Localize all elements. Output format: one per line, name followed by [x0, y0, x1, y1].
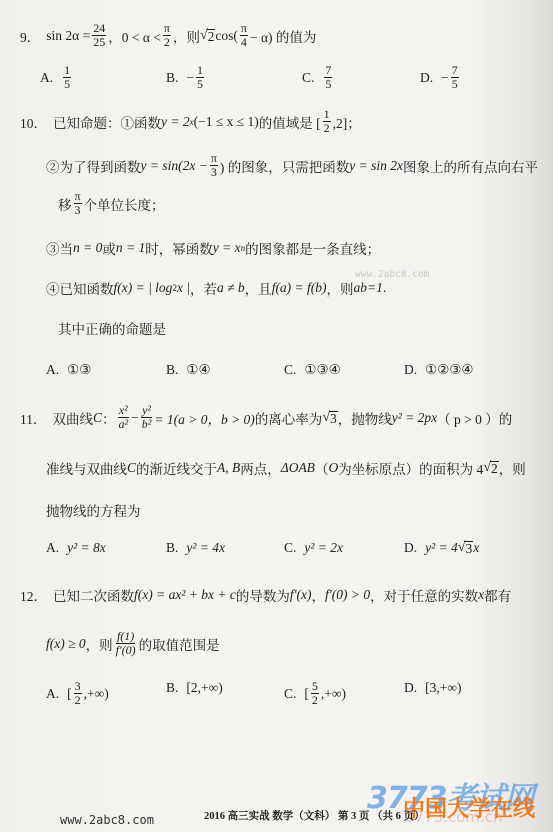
q10-proposition-4: ④已知函数 f(x) = | log2 x | ，若 a ≠ b ，且 f(a)… [46, 278, 386, 298]
sqrt-symbol: √2 [200, 28, 215, 44]
q9-option-d[interactable]: D. − 75 [420, 64, 461, 91]
q11-option-a[interactable]: A. y² = 8x [46, 540, 106, 556]
q10-ask: 其中正确的命题是 [58, 318, 166, 338]
q12-number: 12． [20, 585, 47, 605]
q9-number: 9． [20, 26, 40, 46]
q9-stem-prefix: sin 2α = [46, 28, 90, 44]
q9-option-b[interactable]: B. − 15 [166, 64, 206, 91]
page-footer: 2016 高三实战 数学（文科） 第 3 页 （共 6 页） [204, 808, 425, 823]
q9-frac-24-25: 2425 [92, 22, 106, 49]
q10-proposition-3: ③当 n = 0 或 n = 1 时，幂函数 y = xn 的图象都是一条直线； [46, 238, 380, 258]
q11-option-c[interactable]: C. y² = 2x [284, 540, 343, 556]
q12-option-a[interactable]: A. [ 32 ,+∞) [46, 680, 109, 707]
q9-frac-pi-2: π2 [163, 22, 171, 49]
sqrt-symbol: √3 [458, 540, 473, 556]
q12-option-d[interactable]: D. [3,+∞) [404, 680, 461, 696]
q10-proposition-1: 10． 已知命题：①函数 y = 2x (−1 ≤ x ≤ 1) 的值域是 [ … [20, 108, 361, 135]
q9-option-c[interactable]: C. 75 [302, 64, 334, 91]
q12-option-b[interactable]: B. [2,+∞) [166, 680, 223, 696]
watermark-url-bottom: www.2abc8.com [60, 813, 154, 827]
q9-frac-pi-4: π4 [240, 22, 248, 49]
q10-option-d[interactable]: D. ①②③④ [404, 362, 474, 378]
exam-page: 9． sin 2α = 2425 ，0 < α < π2 ，则 √2 cos( … [0, 0, 553, 832]
q10-option-c[interactable]: C. ①③④ [284, 362, 341, 378]
q10-proposition-2: ②为了得到函数 y = sin(2x − π3 ) 的图象，只需把函数 y = … [46, 152, 538, 179]
q11-stem-line3: 抛物线的方程为 [46, 500, 141, 520]
q10-option-b[interactable]: B. ①④ [166, 362, 211, 378]
q10-option-a[interactable]: A. ①③ [46, 362, 91, 378]
q11-option-d[interactable]: D. y² = 4 √3 x [404, 540, 479, 556]
sqrt-symbol: √3 [322, 410, 337, 426]
q11-number: 11． [20, 408, 47, 428]
q11-stem-line2: 准线与双曲线 C 的渐近线交于 A, B 两点， ΔOAB （ O 为坐标原点）… [46, 458, 526, 478]
q9-option-a[interactable]: A. 15 [40, 64, 73, 91]
q11-stem: 11． 双曲线 C ： x²a² − y²b² = 1(a > 0，b > 0)… [20, 404, 512, 431]
q12-stem: 12． 已知二次函数 f(x) = ax² + bx + c 的导数为 f′(x… [20, 585, 511, 605]
watermark-url-mid: www.2abc8.com [355, 269, 429, 280]
q11-option-b[interactable]: B. y² = 4x [166, 540, 225, 556]
q9-stem: 9． sin 2α = 2425 ，0 < α < π2 ，则 √2 cos( … [20, 22, 316, 49]
q12-stem-line2: f(x) ≥ 0 ，则 f(1)f′(0) 的取值范围是 [46, 630, 220, 657]
q10-number: 10． [20, 112, 47, 132]
q10-proposition-2-cont: 移 π3 个单位长度； [58, 190, 165, 217]
sqrt-symbol: √2 [483, 460, 498, 476]
q12-option-c[interactable]: C. [ 52 ,+∞) [284, 680, 346, 707]
